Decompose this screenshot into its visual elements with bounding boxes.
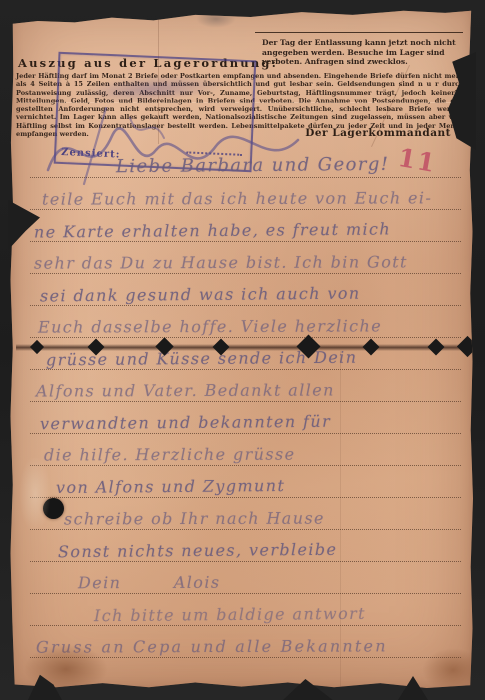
handwritten-letter-body: Liebe Barbara und Georg! 11 teile Euch m… — [30, 146, 461, 658]
letter-line-text: Dein Alois — [78, 573, 221, 592]
letter-line-text: ne Karte erhalten habe, es freut mich — [34, 219, 391, 241]
letter-line: Euch dasselbe hoffe. Viele herzliche — [30, 306, 461, 338]
letter-line-text: Euch dasselbe hoffe. Viele herzliche — [38, 316, 382, 336]
letter-line-text: Liebe Barbara und Georg! — [116, 154, 390, 177]
letter-line: ne Karte erhalten habe, es freut mich — [30, 210, 461, 242]
letter-line: Dein Alois — [30, 562, 461, 594]
letter-line: die hilfe. Herzliche grüsse — [30, 434, 461, 466]
letter-paper-sheet: Der Tag der Entlassung kann jetzt noch n… — [10, 6, 473, 690]
stain-top-edge — [196, 10, 236, 28]
letter-line-text: Sonst nichts neues, verbleibe — [58, 540, 338, 561]
letter-line: sehr das Du zu Hause bist. Ich bin Gott — [30, 242, 461, 274]
letter-line-text: schreibe ob Ihr nach Hause — [64, 509, 325, 529]
letter-line-text: Gruss an Cepa und alle Bekannten — [36, 636, 388, 656]
punch-hole — [43, 498, 64, 519]
letter-line: schreibe ob Ihr nach Hause — [30, 498, 461, 530]
letter-line: Ich bitte um baldige antwort — [30, 594, 461, 626]
letter-line: sei dank gesund was ich auch von — [30, 274, 461, 306]
letter-line: verwandten und bekannten für — [30, 402, 461, 434]
paper-crease — [20, 102, 470, 103]
scanned-letter-screenshot: { "document_kind": "concentration camp l… — [0, 0, 485, 700]
red-censor-number: 11 — [396, 143, 439, 178]
letter-line-text: sei dank gesund was ich auch von — [40, 284, 361, 306]
horizontal-fold-crease — [16, 344, 467, 351]
release-notice: Der Tag der Entlassung kann jetzt noch n… — [262, 38, 464, 67]
paper-crease — [158, 14, 159, 144]
letter-line: Alfons und Vater. Bedankt allen — [30, 370, 461, 402]
letter-line: Liebe Barbara und Georg! 11 — [30, 146, 461, 178]
letter-line-text: Ich bitte um baldige antwort — [94, 604, 366, 625]
letter-line: von Alfons und Zygmunt — [30, 466, 461, 498]
letter-line: teile Euch mit das ich heute von Euch ei… — [30, 178, 461, 210]
letter-line-text: die hilfe. Herzliche grüsse — [44, 445, 296, 465]
letter-line-text: sehr das Du zu Hause bist. Ich bin Gott — [34, 252, 408, 272]
letter-line-text: von Alfons und Zygmunt — [56, 476, 285, 497]
letter-line-text: teile Euch mit das ich heute von Euch ei… — [42, 188, 432, 208]
letter-line-text: verwandten und bekannten für — [40, 412, 331, 434]
notice-divider-line — [255, 32, 463, 33]
paper-crease — [340, 351, 341, 691]
letter-line-text: Alfons und Vater. Bedankt allen — [36, 380, 335, 400]
letter-line: Gruss an Cepa und alle Bekannten — [30, 626, 461, 658]
letter-line: Sonst nichts neues, verbleibe — [30, 530, 461, 562]
